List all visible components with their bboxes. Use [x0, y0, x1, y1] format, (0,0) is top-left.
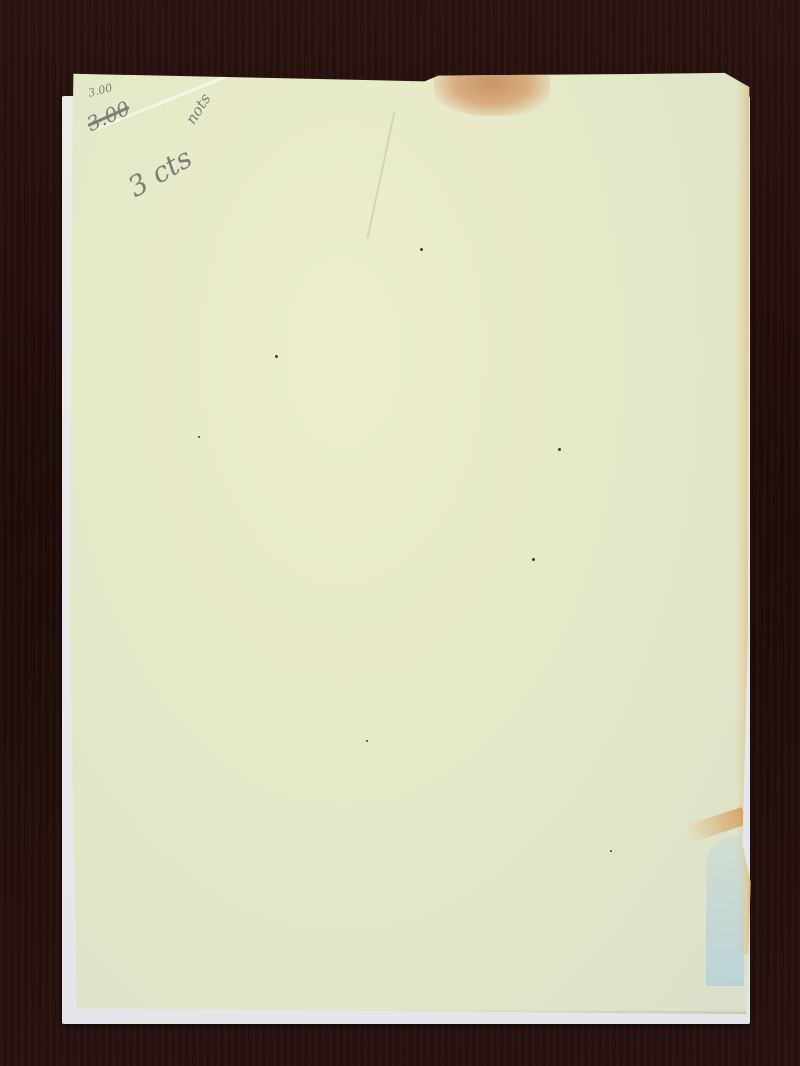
- speck: [558, 448, 561, 451]
- speck: [532, 558, 535, 561]
- pencil-price-mark: 3.00: [87, 81, 114, 100]
- crease-line: [367, 111, 396, 239]
- faded-patch: [706, 836, 744, 986]
- pencil-struck-mark: 3.00: [83, 96, 133, 136]
- speck: [610, 850, 612, 852]
- booklet-back-cover: 3.00 3.00 3 cts nots: [70, 70, 752, 1014]
- speck: [366, 740, 368, 742]
- top-tear-stain: [434, 70, 550, 116]
- speck: [198, 436, 200, 438]
- speck: [420, 248, 423, 251]
- speck: [275, 355, 278, 358]
- pencil-amount-mark: 3 cts: [122, 141, 197, 204]
- pencil-note-mark: nots: [182, 90, 214, 127]
